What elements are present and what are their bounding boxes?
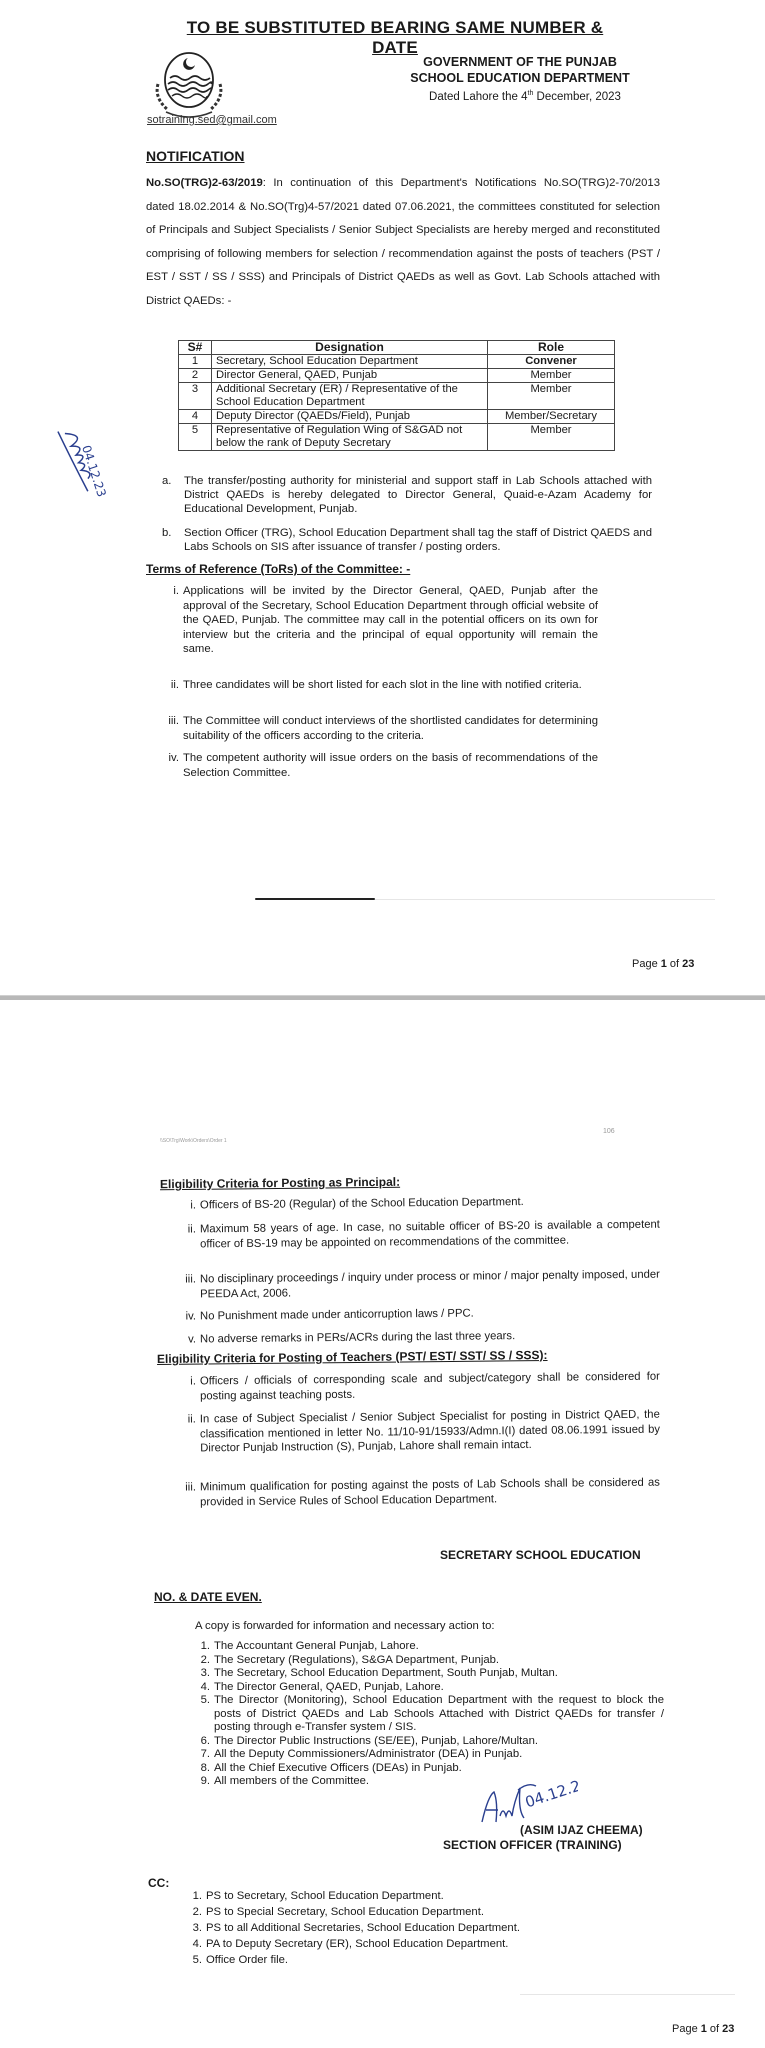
clause-b: b. Section Officer (TRG), School Educati… — [162, 526, 652, 554]
list-item: 8.All the Chief Executive Officers (DEAs… — [214, 1762, 664, 1776]
footer-rule-faint — [520, 1994, 735, 1995]
table-header-row: S# Designation Role — [179, 341, 615, 355]
table-row: 5 Representative of Regulation Wing of S… — [179, 424, 615, 451]
list-item: 9.All members of the Committee. — [214, 1775, 664, 1789]
document-page-2: \\SO\Trg\Work\Orders\Order 1 106 Eligibi… — [0, 1000, 765, 2048]
department-name: SCHOOL EDUCATION DEPARTMENT — [400, 70, 640, 86]
file-path-header: \\SO\Trg\Work\Orders\Order 1 — [160, 1138, 227, 1144]
substitution-banner: TO BE SUBSTITUTED BEARING SAME NUMBER & … — [180, 18, 610, 58]
teachers-criteria-item: iii. Minimum qualification for posting a… — [200, 1476, 660, 1510]
principal-criteria-item: ii. Maximum 58 years of age. In case, no… — [200, 1218, 660, 1252]
cc-label: CC: — [148, 1876, 169, 1890]
teachers-criteria-heading: Eligibility Criteria for Posting of Teac… — [157, 1348, 548, 1366]
list-item: 5.Office Order file. — [206, 1952, 626, 1968]
officer-signature-icon: 04.12.23 — [478, 1772, 578, 1830]
committee-members-table: S# Designation Role 1 Secretary, School … — [178, 340, 615, 451]
table-row: 3 Additional Secretary (ER) / Representa… — [179, 383, 615, 410]
teachers-criteria-item: i. Officers / officials of corresponding… — [200, 1370, 660, 1404]
principal-criteria-heading: Eligibility Criteria for Posting as Prin… — [160, 1175, 400, 1192]
table-row: 2 Director General, QAED, Punjab Member — [179, 369, 615, 383]
government-name: GOVERNMENT OF THE PUNJAB — [400, 54, 640, 70]
notification-paragraph: No.SO(TRG)2-63/2019: In continuation of … — [146, 172, 660, 313]
principal-criteria-item: iv. No Punishment made under anticorrupt… — [200, 1305, 660, 1324]
margin-signature-icon: 04.12.23 — [42, 415, 122, 525]
notification-title: NOTIFICATION — [146, 148, 245, 164]
copy-forward-intro: A copy is forwarded for information and … — [195, 1620, 495, 1634]
list-item: 1.PS to Secretary, School Education Depa… — [206, 1888, 626, 1904]
column-header-sn: S# — [179, 341, 212, 355]
svg-text:04.12.23: 04.12.23 — [523, 1774, 578, 1812]
department-email-link[interactable]: sotraining.sed@gmail.com — [147, 114, 277, 126]
page-number: Page 1 of 23 — [632, 958, 694, 970]
principal-criteria-item: v. No adverse remarks in PERs/ACRs durin… — [200, 1328, 660, 1347]
clause-a: a. The transfer/posting authority for mi… — [162, 474, 652, 516]
list-item: 6.The Director Public Instructions (SE/E… — [214, 1735, 664, 1749]
folio-number: 106 — [603, 1128, 615, 1135]
list-item: 2.The Secretary (Regulations), S&GA Depa… — [214, 1654, 664, 1668]
list-item: 4.The Director General, QAED, Punjab, La… — [214, 1681, 664, 1695]
officer-name: (ASIM IJAZ CHEEMA) — [520, 1823, 643, 1837]
cc-recipient-list: 1.PS to Secretary, School Education Depa… — [206, 1888, 626, 1968]
footer-rule-faint — [375, 899, 715, 900]
officer-title: SECTION OFFICER (TRAINING) — [443, 1838, 622, 1852]
notification-number: No.SO(TRG)2-63/2019 — [146, 177, 263, 189]
table-row: 1 Secretary, School Education Department… — [179, 355, 615, 369]
column-header-designation: Designation — [212, 341, 488, 355]
list-item: 4.PA to Deputy Secretary (ER), School Ed… — [206, 1936, 626, 1952]
tor-item: iv. The competent authority will issue o… — [183, 751, 598, 780]
list-item: 3.PS to all Additional Secretaries, Scho… — [206, 1920, 626, 1936]
principal-criteria-item: iii. No disciplinary proceedings / inqui… — [200, 1268, 660, 1302]
tor-item: iii. The Committee will conduct intervie… — [183, 714, 598, 743]
issue-date: Dated Lahore the 4th December, 2023 — [410, 90, 640, 103]
list-item: 5.The Director (Monitoring), School Educ… — [214, 1694, 664, 1735]
column-header-role: Role — [488, 341, 615, 355]
no-date-even-heading: NO. & DATE EVEN. — [154, 1590, 262, 1604]
punjab-government-emblem-icon — [148, 48, 230, 120]
teachers-criteria-item: ii. In case of Subject Specialist / Seni… — [200, 1408, 660, 1456]
list-item: 7.All the Deputy Commissioners/Administr… — [214, 1748, 664, 1762]
footer-rule — [255, 898, 375, 900]
list-item: 1.The Accountant General Punjab, Lahore. — [214, 1640, 664, 1654]
page-number: Page 1 of 23 — [672, 2023, 734, 2035]
list-item: 3.The Secretary, School Education Depart… — [214, 1667, 664, 1681]
list-item: 2.PS to Special Secretary, School Educat… — [206, 1904, 626, 1920]
secretary-signature-block: SECRETARY SCHOOL EDUCATION — [440, 1548, 641, 1562]
principal-criteria-item: i. Officers of BS-20 (Regular) of the Sc… — [200, 1194, 660, 1213]
copy-recipient-list: 1.The Accountant General Punjab, Lahore.… — [214, 1640, 664, 1789]
document-page-1: TO BE SUBSTITUTED BEARING SAME NUMBER & … — [0, 0, 765, 996]
tors-heading: Terms of Reference (ToRs) of the Committ… — [146, 562, 410, 576]
tor-item: ii. Three candidates will be short liste… — [183, 678, 598, 693]
department-heading: GOVERNMENT OF THE PUNJAB SCHOOL EDUCATIO… — [400, 54, 640, 86]
table-row: 4 Deputy Director (QAEDs/Field), Punjab … — [179, 410, 615, 424]
tor-item: i. Applications will be invited by the D… — [183, 584, 598, 657]
